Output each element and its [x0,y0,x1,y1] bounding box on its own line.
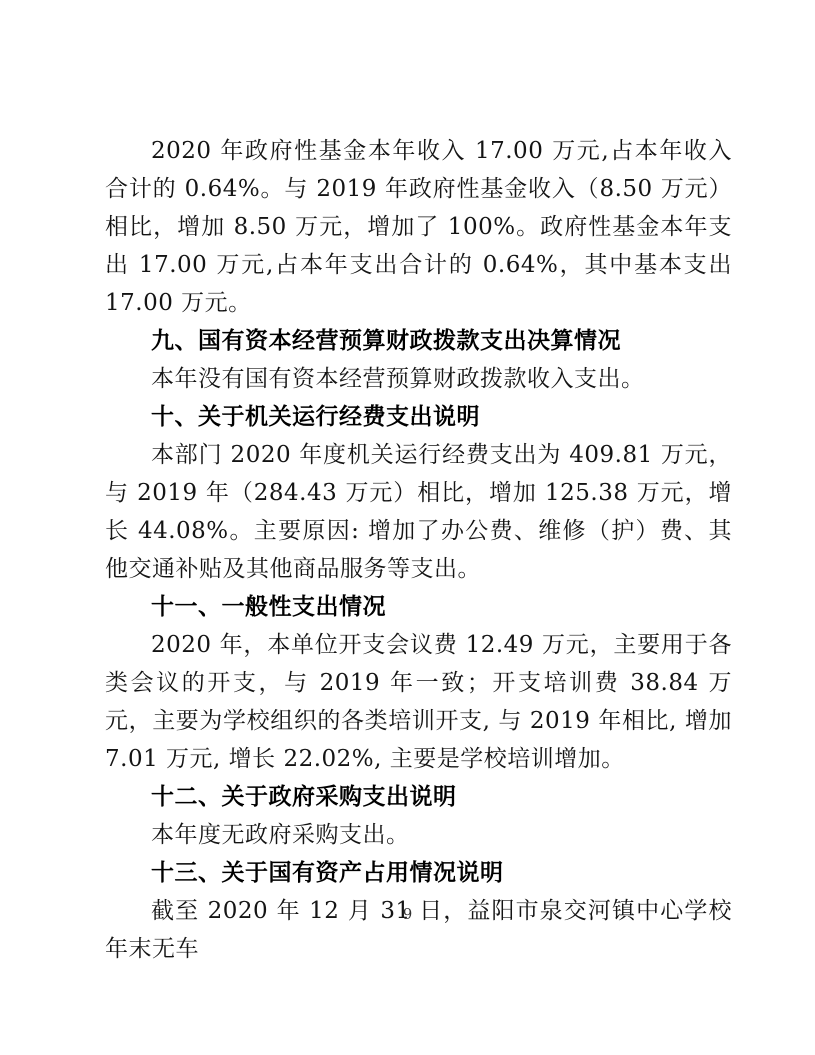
heading-section-13-state-assets: 十三、关于国有资产占用情况说明 [105,854,732,892]
heading-section-11-general-expenditure: 十一、一般性支出情况 [105,588,732,626]
heading-section-9-state-capital-budget: 九、国有资本经营预算财政拨款支出决算情况 [105,322,732,360]
paragraph-operating-expenses-detail: 本部门 2020 年度机关运行经费支出为 409.81 万元，与 2019 年（… [105,436,732,588]
page-number: 9 [0,905,815,923]
paragraph-government-fund-summary: 2020 年政府性基金本年收入 17.00 万元,占本年收入合计的 0.64%。… [105,132,732,322]
document-body: 2020 年政府性基金本年收入 17.00 万元,占本年收入合计的 0.64%。… [105,132,732,968]
heading-section-10-operating-expenses: 十、关于机关运行经费支出说明 [105,398,732,436]
heading-section-12-government-procurement: 十二、关于政府采购支出说明 [105,778,732,816]
paragraph-general-expenditure-detail: 2020 年，本单位开支会议费 12.49 万元，主要用于各类会议的开支，与 2… [105,626,732,778]
paragraph-no-state-capital-budget: 本年没有国有资本经营预算财政拨款收入支出。 [105,360,732,398]
paragraph-state-assets-detail: 截至 2020 年 12 月 31 日，益阳市泉交河镇中心学校年末无车 [105,892,732,968]
paragraph-no-government-procurement: 本年度无政府采购支出。 [105,816,732,854]
document-page: 2020 年政府性基金本年收入 17.00 万元,占本年收入合计的 0.64%。… [0,0,815,1055]
